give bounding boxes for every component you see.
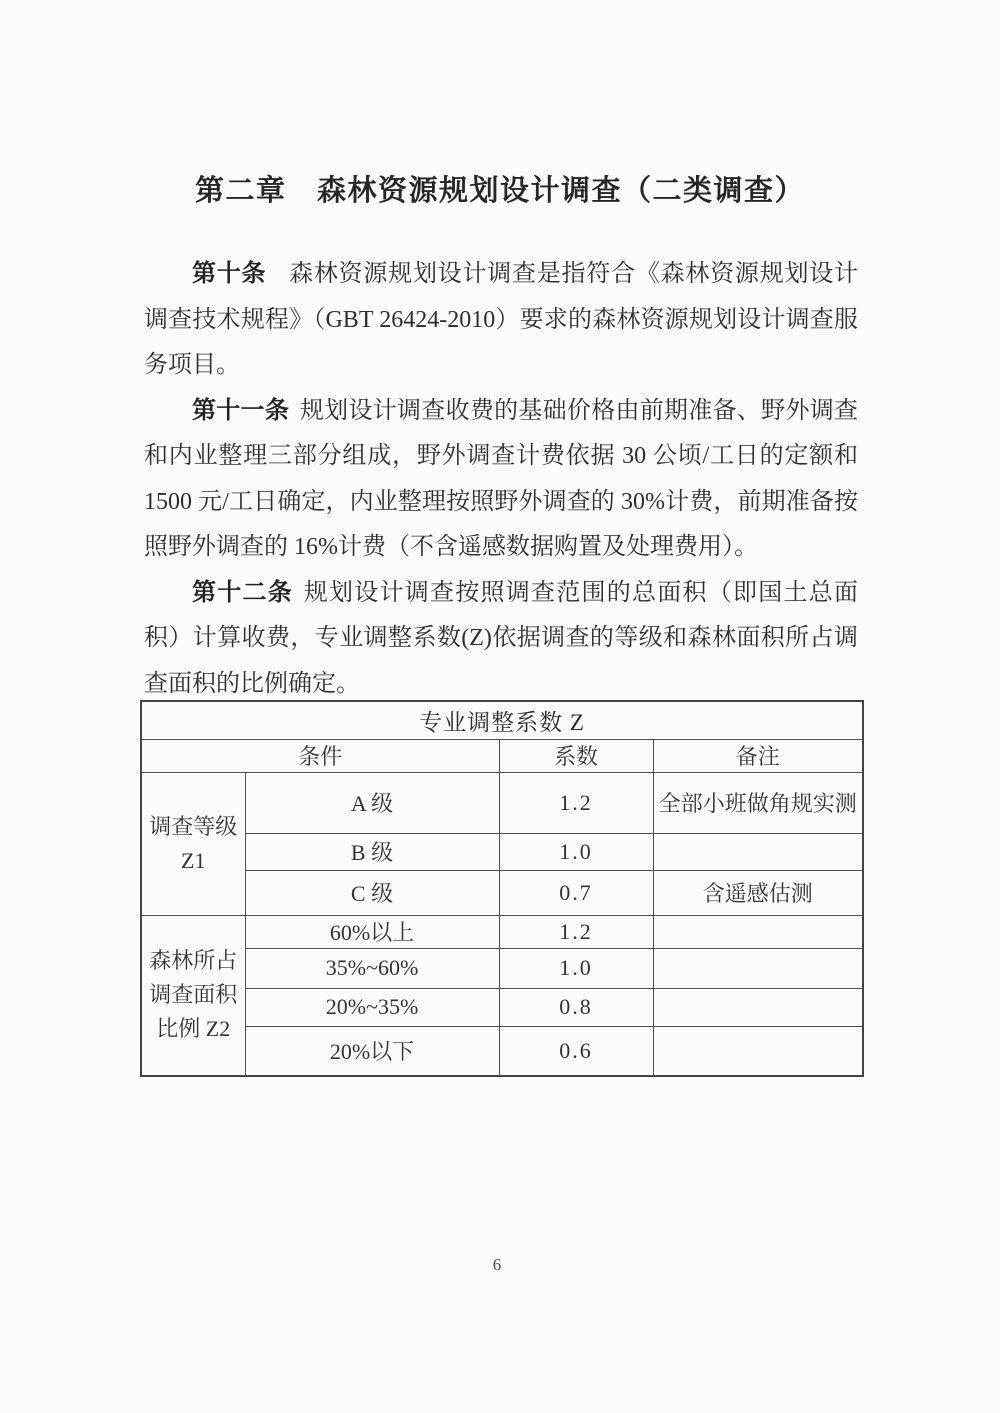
cell-coefficient: 1.2 — [499, 772, 653, 833]
body-content: 第十条森林资源规划设计调查是指符合《森林资源规划设计调查技术规程》（GBT 26… — [144, 252, 858, 707]
cell-coefficient: 1.2 — [499, 915, 653, 948]
table-row-grade-c: C 级 0.7 含遥感估测 — [141, 870, 863, 915]
cell-condition: A 级 — [245, 772, 499, 833]
table-row-35-60: 35%~60% 1.0 — [141, 948, 863, 988]
cell-coefficient: 0.6 — [499, 1026, 653, 1076]
table-row-20-35: 20%~35% 0.8 — [141, 988, 863, 1026]
cell-remark: 全部小班做角规实测 — [653, 772, 863, 833]
table-title: 专业调整系数 Z — [141, 701, 863, 739]
paragraph-article-10: 第十条森林资源规划设计调查是指符合《森林资源规划设计调查技术规程》（GBT 26… — [144, 252, 858, 389]
table-row-above-60: 森林所占 调查面积 比例 Z2 60%以上 1.2 — [141, 915, 863, 948]
article-11-label: 第十一条 — [192, 398, 289, 424]
table-row-below-20: 20%以下 0.6 — [141, 1026, 863, 1076]
table-header-row: 条件 系数 备注 — [141, 739, 863, 772]
cell-coefficient: 0.7 — [499, 870, 653, 915]
group-label-forest-ratio: 森林所占 调查面积 比例 Z2 — [141, 915, 245, 1076]
cell-coefficient: 1.0 — [499, 833, 653, 870]
cell-remark — [653, 1026, 863, 1076]
paragraph-article-11: 第十一条规划设计调查收费的基础价格由前期准备、野外调查和内业整理三部分组成，野外… — [144, 389, 858, 571]
cell-condition: 35%~60% — [245, 948, 499, 988]
cell-coefficient: 1.0 — [499, 948, 653, 988]
header-coefficient: 系数 — [499, 739, 653, 772]
cell-remark — [653, 833, 863, 870]
cell-condition: 20%~35% — [245, 988, 499, 1026]
table-title-row: 专业调整系数 Z — [141, 701, 863, 739]
group-label-survey-grade: 调查等级 Z1 — [141, 772, 245, 915]
table-row-grade-b: B 级 1.0 — [141, 833, 863, 870]
paragraph-article-12: 第十二条规划设计调查按照调查范围的总面积（即国土总面积）计算收费，专业调整系数(… — [144, 571, 858, 708]
header-condition: 条件 — [141, 739, 499, 772]
header-remark: 备注 — [653, 739, 863, 772]
document-page: 第二章 森林资源规划设计调查（二类调查） 第十条森林资源规划设计调查是指符合《森… — [0, 0, 1000, 1413]
coefficient-table: 专业调整系数 Z 条件 系数 备注 调查等级 Z1 A 级 1.2 全部小班做角… — [140, 700, 864, 1077]
cell-remark — [653, 915, 863, 948]
table-row-grade-a: 调查等级 Z1 A 级 1.2 全部小班做角规实测 — [141, 772, 863, 833]
cell-coefficient: 0.8 — [499, 988, 653, 1026]
cell-condition: B 级 — [245, 833, 499, 870]
article-12-label: 第十二条 — [192, 580, 293, 606]
cell-condition: C 级 — [245, 870, 499, 915]
cell-condition: 20%以下 — [245, 1026, 499, 1076]
chapter-title: 第二章 森林资源规划设计调查（二类调查） — [0, 168, 1000, 209]
cell-remark — [653, 948, 863, 988]
cell-condition: 60%以上 — [245, 915, 499, 948]
article-10-label: 第十条 — [192, 261, 266, 287]
cell-remark: 含遥感估测 — [653, 870, 863, 915]
cell-remark — [653, 988, 863, 1026]
page-number: 6 — [0, 1255, 994, 1275]
